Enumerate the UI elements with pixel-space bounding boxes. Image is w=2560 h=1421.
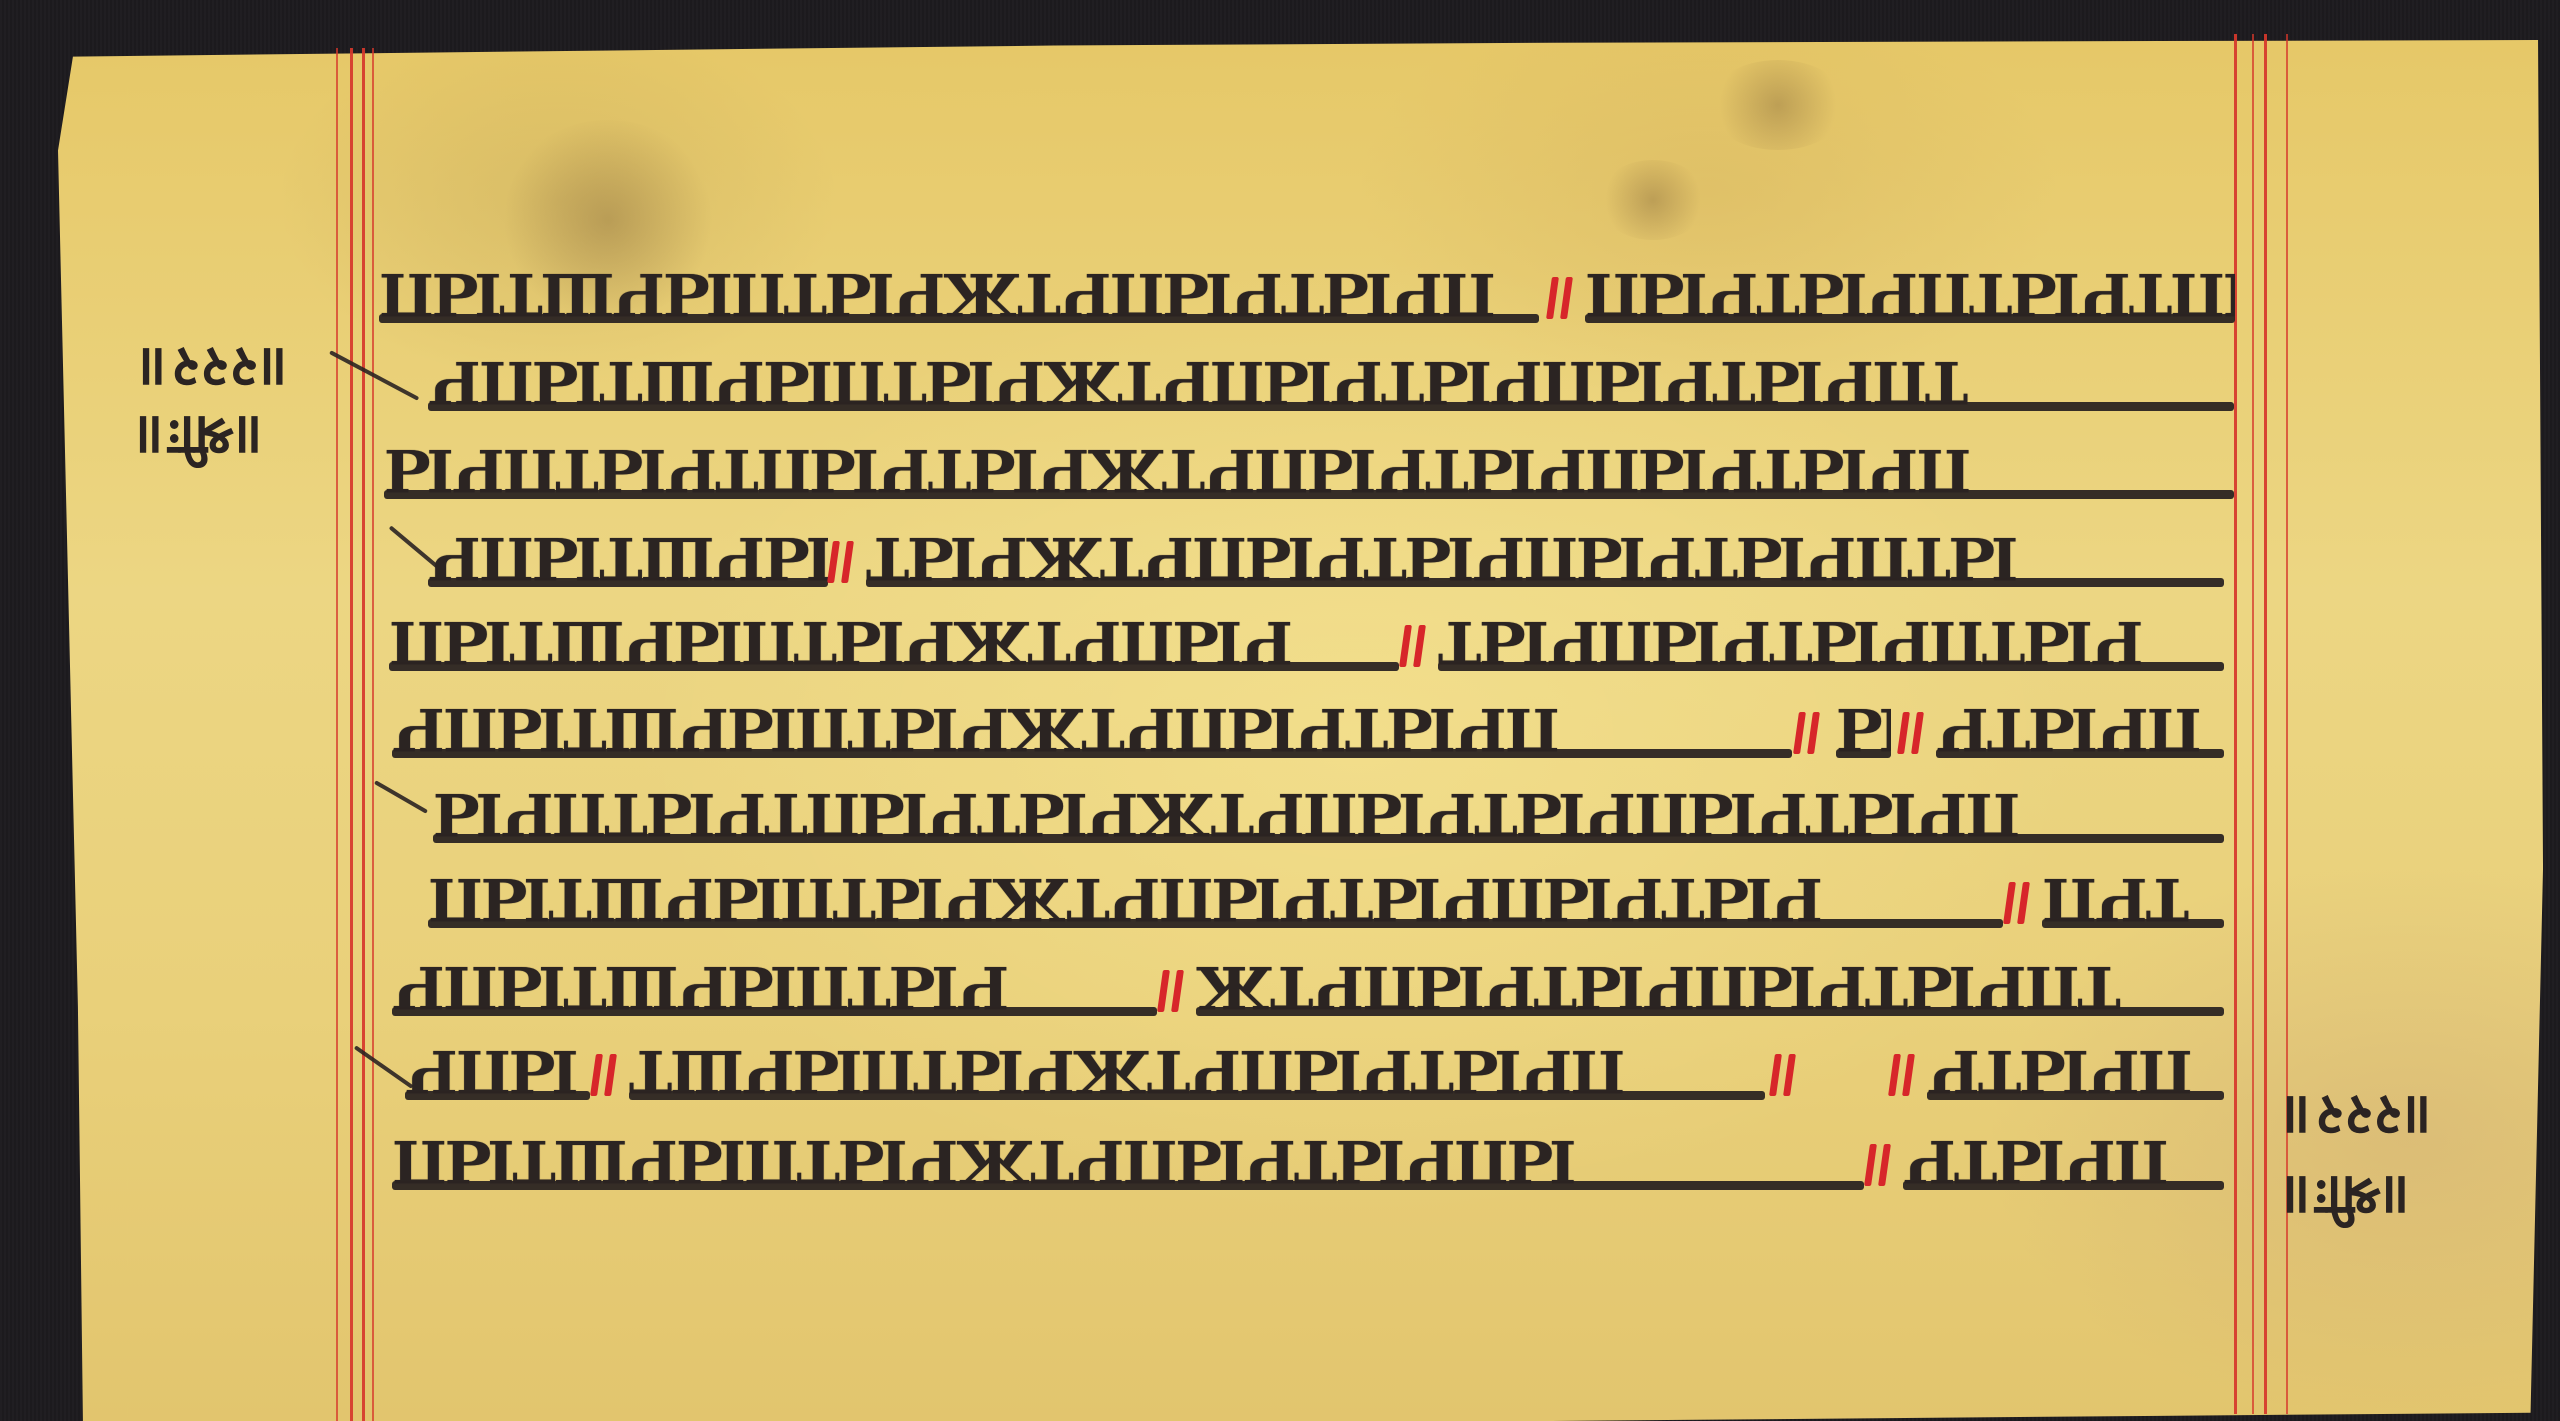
line-text-segment: ЧПЫТШЧЫПТЫЧЖТЧПЫЧТЫЧПЫЧТЫЧПТ [428,351,2234,413]
line-text-segment: ЧПЫ [405,1040,590,1102]
text-line-8: ПЫТШЧЫПТЫЧЖТЧПЫЧТЫЧПЫЧТЫЧ ПЧТ [0,860,2560,930]
line-text-segment: ПЫТШЧЫПТЫЧЖТЧПЫЧ [389,611,1399,673]
paper-stain [1708,60,1848,150]
line-text-segment: ЫЧПТЫЧТПЫЧТЫЧЖТЧПЫЧТЫЧПЫЧТЫЧП [384,439,2234,501]
line-text-segment: ЫЧПТЫЧТПЫЧТЫЧЖТЧПЫЧТЫЧПЫЧТЫЧП [433,783,2224,845]
line-text-segment: ПЫЧТЫЧПТЫЧТПЫЧТ [1585,263,2235,325]
double-danda-red [1545,273,1575,319]
text-line-5: ПЫТШЧЫПТЫЧЖТЧПЫЧ ТЫЧПЫЧТЫЧПТЫЧ [0,603,2560,673]
text-line-7: ЫЧПТЫЧТПЫЧТЫЧЖТЧПЫЧТЫЧПЫЧТЫЧП [0,775,2560,845]
line-text-segment: ПЧТ [2042,868,2224,930]
line-text-segment: ЧТЫЧП [1936,698,2224,760]
double-danda-red [1156,966,1186,1012]
text-line-11: ПЫТШЧЫПТЫЧЖТЧПЫЧТЫЧПЫ ЧТЫЧП [0,1122,2560,1192]
double-danda-red [1768,1050,1798,1096]
text-line-6: ЧПЫТШЧЫПТЫЧЖТЧПЫЧТЫЧП Ы ЧТЫЧП [0,690,2560,760]
double-danda-red [2002,878,2032,924]
text-line-2: ЧПЫТШЧЫПТЫЧЖТЧПЫЧТЫЧПЫЧТЫЧПТ [0,343,2560,413]
text-line-4: ЧПЫТШЧЫП ТЫЧЖТЧПЫЧТЫЧПЫЧТЫЧПТЫ [0,519,2560,589]
double-danda-red [1896,708,1926,754]
line-text-segment: ПЫТШЧЫПТЫЧЖТЧПЫЧТЫЧПЫЧТЫЧ [428,868,2003,930]
double-danda-red [1887,1050,1917,1096]
line-text-segment: ПЫТШЧЫПТЫЧЖТЧПЫЧТЫЧП [379,263,1539,325]
line-text-segment: ЧТЫЧП [1927,1040,2224,1102]
text-line-3: ЫЧПТЫЧТПЫЧТЫЧЖТЧПЫЧТЫЧПЫЧТЫЧП [0,431,2560,501]
paper-stain [1598,160,1708,240]
line-text-segment: ПЫТШЧЫПТЫЧЖТЧПЫЧТЫЧПЫ [392,1130,1864,1192]
line-text-segment: ЧПЫТШЧЫПТЫЧ [392,956,1157,1018]
line-text-segment: ТЫЧПЫЧТЫЧПТЫЧ [1438,611,2224,673]
line-text-segment: ТШЧЫПТЫЧЖТЧПЫЧТЫЧП [629,1040,1765,1102]
line-text-segment: ЖТЧПЫЧТЫЧПЫЧТЫЧПТ [1196,956,2224,1018]
double-danda-red [589,1050,619,1096]
double-danda-red [1792,708,1822,754]
text-line-10: ЧПЫ ТШЧЫПТЫЧЖТЧПЫЧТЫЧП ЧТЫЧП [0,1032,2560,1102]
text-line-1: ПЫТШЧЫПТЫЧЖТЧПЫЧТЫЧП ПЫЧТЫЧПТЫЧТПЫЧТ [0,255,2560,325]
line-text-segment: Ы [1836,698,1891,760]
double-danda-red [1398,621,1428,667]
double-danda-red [1863,1140,1893,1186]
line-text-segment: ТЫЧЖТЧПЫЧТЫЧПЫЧТЫЧПТЫ [866,527,2224,589]
double-danda-red [826,537,856,583]
line-text-segment: ЧПЫТШЧЫП [428,527,828,589]
text-line-9: ЧПЫТШЧЫПТЫЧ ЖТЧПЫЧТЫЧПЫЧТЫЧПТ [0,948,2560,1018]
line-text-segment: ЧТЫЧП [1903,1130,2224,1192]
line-text-segment: ЧПЫТШЧЫПТЫЧЖТЧПЫЧТЫЧП [392,698,1792,760]
